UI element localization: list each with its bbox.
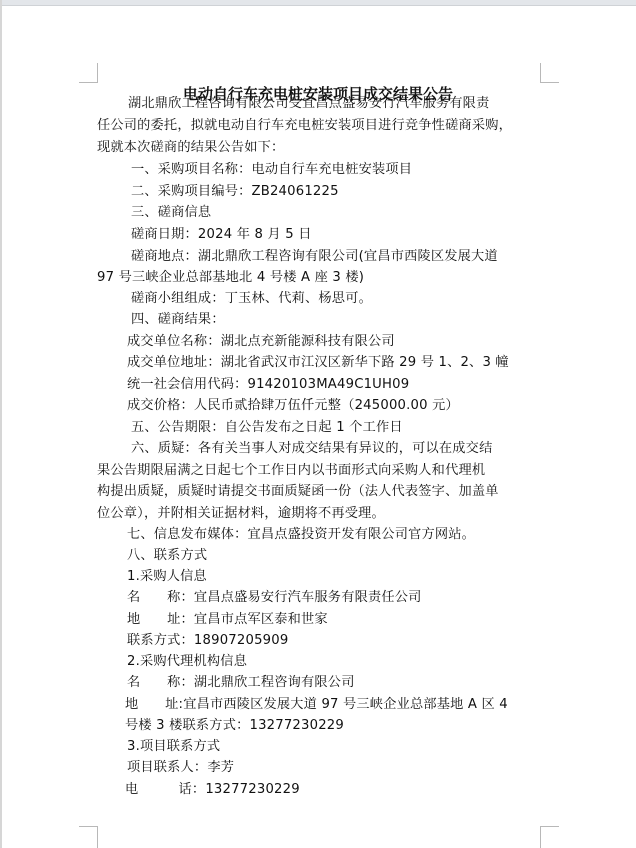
document-line: 三、磋商信息	[131, 204, 211, 222]
document-line: 成交单位名称：湖北点充新能源科技有限公司	[127, 333, 395, 351]
document-line: 磋商地点：湖北鼎欣工程咨询有限公司(宜昌市西陵区发展大道	[131, 248, 498, 266]
document-line: 现就本次磋商的结果公告如下：	[97, 139, 284, 157]
margin-mark-bottom-right	[540, 826, 559, 848]
document-line: 项目联系人：李芳	[127, 759, 234, 777]
document-line: 湖北鼎欣工程咨询有限公司受宜昌点盛易安行汽车服务有限责	[128, 95, 489, 113]
document-line: 一、采购项目名称：电动自行车充电桩安装项目	[131, 161, 412, 179]
document-line: 地 址：宜昌市点军区泰和世家	[127, 611, 328, 629]
document-line: 统一社会信用代码：91420103MA49C1UH09	[127, 376, 409, 394]
document-line: 任公司的委托，拟就电动自行车充电桩安装项目进行竞争性磋商采购，	[97, 117, 512, 135]
margin-mark-top-left	[79, 63, 98, 83]
page-left-edge	[0, 0, 2, 848]
document-line: 名 称：宜昌点盛易安行汽车服务有限责任公司	[127, 589, 422, 607]
document-line: 号楼 3 楼联系方式：13277230229	[125, 717, 344, 735]
document-line: 位公章），并附相关证据材料，逾期将不再受理。	[97, 505, 385, 523]
document-line: 电 话：13277230229	[125, 781, 300, 799]
document-line: 磋商日期：2024 年 8 月 5 日	[131, 226, 312, 244]
document-line: 六、质疑：各有关当事人对成交结果有异议的，可以在成交结	[131, 440, 492, 458]
document-line: 七、信息发布媒体：宜昌点盛投资开发有限公司官方网站。	[127, 526, 475, 544]
document-line: 果公告期限届满之日起七个工作日内以书面形式向采购人和代理机	[97, 462, 485, 480]
document-line: 五、公告期限：自公告发布之日起 1 个工作日	[131, 419, 403, 437]
document-line: 构提出质疑，质疑时请提交书面质疑函一份（法人代表签字、加盖单	[97, 483, 499, 501]
document-line: 名 称：湖北鼎欣工程咨询有限公司	[127, 674, 355, 692]
document-line: 二、采购项目编号：ZB24061225	[131, 183, 339, 201]
document-line: 1.采购人信息	[127, 568, 207, 586]
document-line: 八、联系方式	[127, 547, 207, 565]
window-top-band	[0, 0, 636, 6]
document-line: 3.项目联系方式	[127, 738, 220, 756]
document-line: 四、磋商结果：	[131, 311, 225, 329]
document-line: 成交价格：人民币贰拾肆万伍仟元整（245000.00 元）	[127, 397, 459, 415]
document-line: 97 号三峡企业总部基地北 4 号楼 A 座 3 楼)	[97, 269, 364, 287]
document-line: 磋商小组组成：丁玉林、代莉、杨思可。	[131, 290, 372, 308]
document-line: 联系方式：18907205909	[127, 632, 288, 650]
document-line: 成交单位地址：湖北省武汉市江汉区新华下路 29 号 1、2、3 幢	[127, 354, 509, 372]
document-line: 2.采购代理机构信息	[127, 653, 247, 671]
document-line: 地 址:宜昌市西陵区发展大道 97 号三峡企业总部基地 A 区 4	[125, 696, 508, 714]
margin-mark-bottom-left	[79, 826, 98, 848]
margin-mark-top-right	[540, 63, 559, 83]
